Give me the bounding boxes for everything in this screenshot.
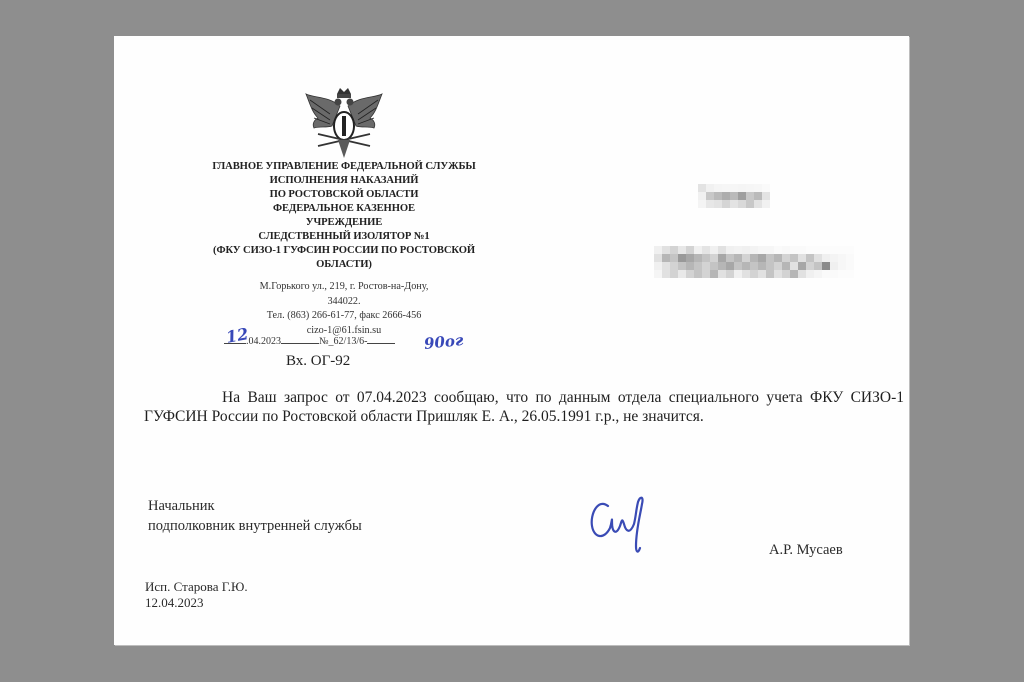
signer-name: А.Р. Мусаев bbox=[769, 542, 843, 559]
header-line: ИСПОЛНЕНИЯ НАКАЗАНИЙ bbox=[154, 174, 534, 188]
postcode: 344022. bbox=[204, 295, 484, 310]
phone-fax: Тел. (863) 266-61-77, факс 2666-456 bbox=[204, 309, 484, 324]
header-line: ФЕДЕРАЛЬНОЕ КАЗЕННОЕ bbox=[154, 202, 534, 216]
letter-body: На Ваш запрос от 07.04.2023 сообщаю, что… bbox=[144, 388, 904, 426]
header-line: СЛЕДСТВЕННЫЙ ИЗОЛЯТОР №1 bbox=[154, 230, 534, 244]
executor-name: Исп. Старова Г.Ю. bbox=[145, 579, 248, 595]
redacted-line bbox=[654, 246, 874, 278]
registration-number: 62/13/6- bbox=[334, 336, 368, 347]
number-blank bbox=[367, 333, 395, 344]
redacted-line bbox=[698, 184, 874, 208]
registration-line: .04.2023№_62/13/6- bbox=[224, 333, 395, 347]
header-line: ПО РОСТОВСКОЙ ОБЛАСТИ bbox=[154, 188, 534, 202]
letter-page: ГЛАВНОЕ УПРАВЛЕНИЕ ФЕДЕРАЛЬНОЙ СЛУЖБЫ ИС… bbox=[114, 36, 909, 645]
position-title: Начальник bbox=[148, 496, 362, 516]
executor-info: Исп. Старова Г.Ю. 12.04.2023 bbox=[145, 579, 248, 611]
organization-header: ГЛАВНОЕ УПРАВЛЕНИЕ ФЕДЕРАЛЬНОЙ СЛУЖБЫ ИС… bbox=[154, 160, 534, 272]
header-line: ОБЛАСТИ) bbox=[154, 258, 534, 272]
handwritten-number: 90ог bbox=[423, 331, 464, 353]
coat-of-arms-emblem-icon bbox=[304, 86, 384, 164]
handwritten-signature-icon bbox=[586, 488, 666, 558]
registration-date: .04.2023 bbox=[246, 336, 281, 347]
executor-date: 12.04.2023 bbox=[145, 595, 248, 611]
number-label: № bbox=[319, 336, 329, 347]
incoming-number: Вх. ОГ-92 bbox=[286, 353, 350, 370]
position-rank: подполковник внутренней службы bbox=[148, 516, 362, 536]
address: М.Горького ул., 219, г. Ростов-на-Дону, bbox=[204, 280, 484, 295]
date-blank bbox=[281, 333, 319, 344]
header-line: (ФКУ СИЗО-1 ГУФСИН РОССИИ ПО РОСТОВСКОЙ bbox=[154, 244, 534, 258]
body-paragraph: На Ваш запрос от 07.04.2023 сообщаю, что… bbox=[144, 389, 904, 425]
recipient-redacted bbox=[654, 184, 874, 278]
signer-position: Начальник подполковник внутренней службы bbox=[148, 496, 362, 536]
handwritten-day: 12 bbox=[225, 324, 250, 347]
header-line: УЧРЕЖДЕНИЕ bbox=[154, 216, 534, 230]
header-line: ГЛАВНОЕ УПРАВЛЕНИЕ ФЕДЕРАЛЬНОЙ СЛУЖБЫ bbox=[154, 160, 534, 174]
